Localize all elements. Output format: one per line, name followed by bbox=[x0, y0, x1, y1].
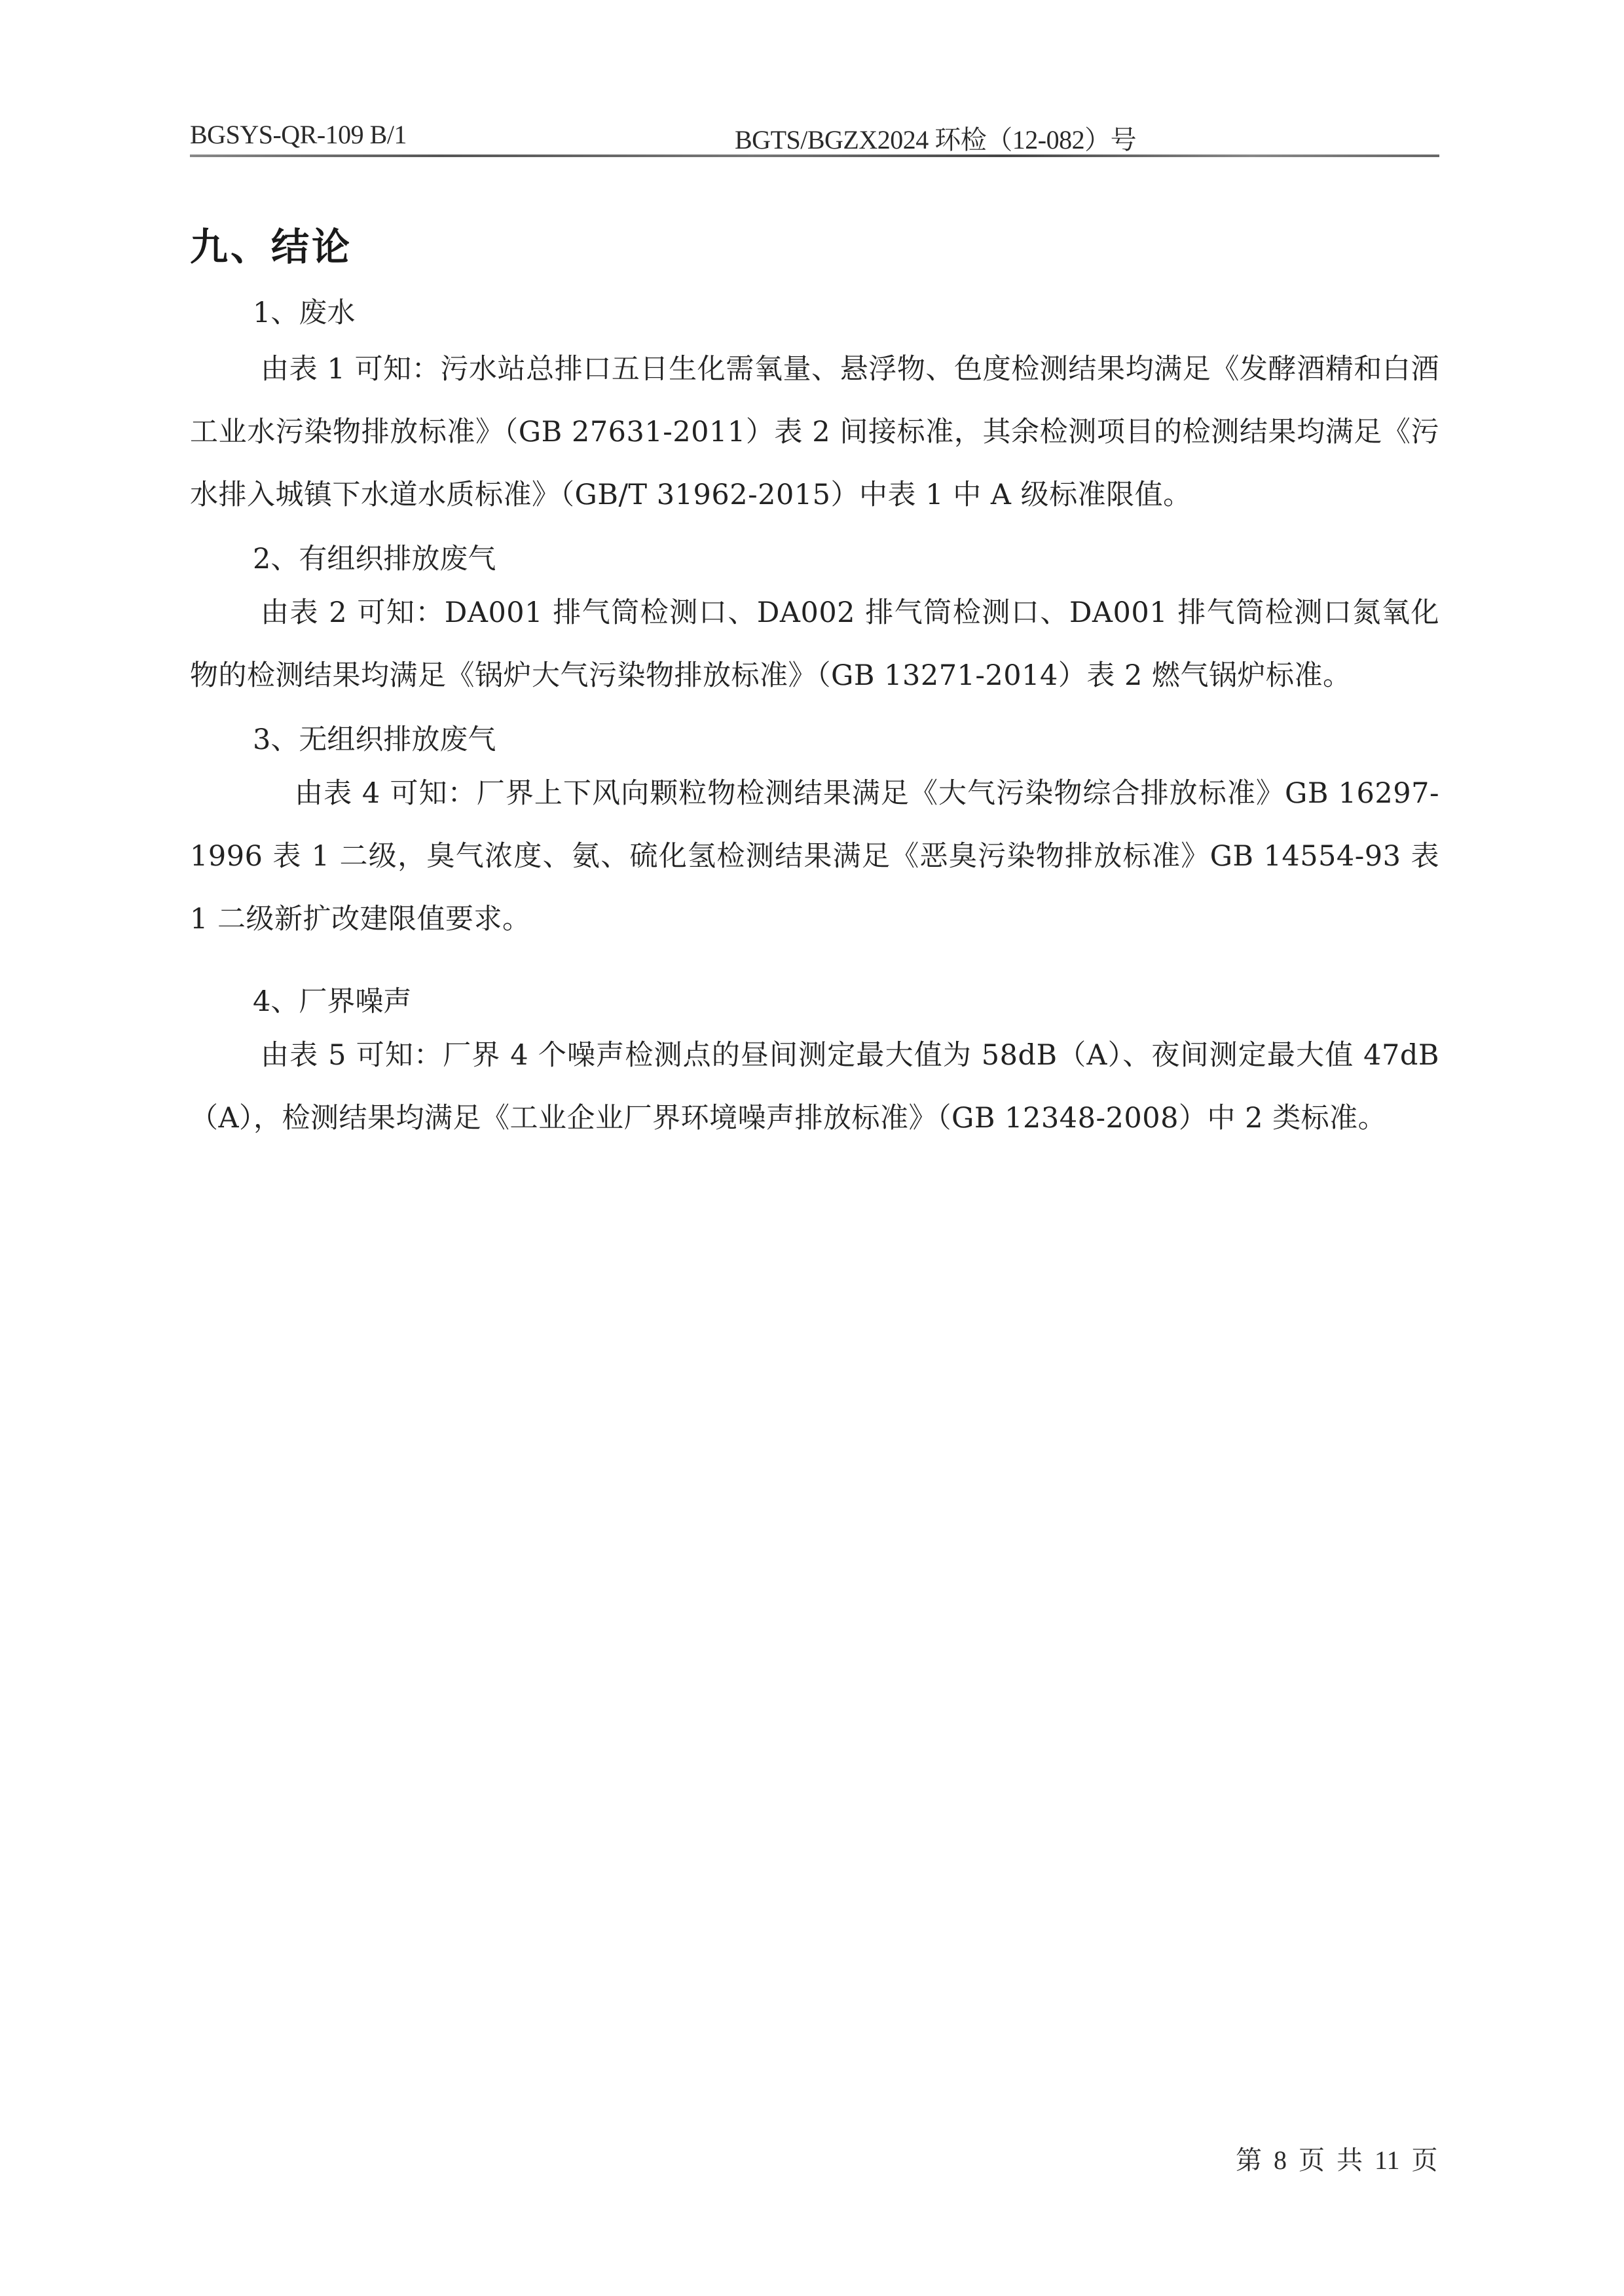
section-title: 九、结论 bbox=[190, 217, 1439, 276]
conclusion-section: 九、结论 1、废水 由表 1 可知：污水站总排口五日生化需氧量、悬浮物、色度检测… bbox=[190, 196, 1439, 1150]
form-code: BGSYS-QR-109 B/1 bbox=[190, 119, 407, 150]
paragraph-wastewater: 由表 1 可知：污水站总排口五日生化需氧量、悬浮物、色度检测结果均满足《发酵酒精… bbox=[190, 338, 1439, 526]
organized-emission-block: 2、有组织排放废气 由表 2 可知：DA001 排气筒检测口、DA002 排气筒… bbox=[190, 539, 1439, 707]
header-divider bbox=[190, 155, 1439, 157]
subheading-boundary-noise: 4、厂界噪声 bbox=[190, 982, 1439, 1021]
boundary-noise-block: 4、厂界噪声 由表 5 可知：厂界 4 个噪声检测点的昼间测定最大值为 58dB… bbox=[190, 982, 1439, 1150]
fugitive-emission-block: 3、无组织排放废气 由表 4 可知：厂界上下风向颗粒物检测结果满足《大气污染物综… bbox=[190, 720, 1439, 951]
subheading-fugitive-emission: 3、无组织排放废气 bbox=[190, 720, 1439, 759]
paragraph-organized-emission: 由表 2 可知：DA001 排气筒检测口、DA002 排气筒检测口、DA001 … bbox=[190, 581, 1439, 707]
wastewater-block: 1、废水 由表 1 可知：污水站总排口五日生化需氧量、悬浮物、色度检测结果均满足… bbox=[190, 293, 1439, 526]
subheading-wastewater: 1、废水 bbox=[190, 293, 1439, 333]
report-number: BGTS/BGZX2024 环检（12-082）号 bbox=[735, 119, 1136, 156]
page-header: BGSYS-QR-109 B/1 BGTS/BGZX2024 环检（12-082… bbox=[190, 117, 1434, 156]
page-number: 第 8 页 共 11 页 bbox=[1236, 2140, 1438, 2177]
paragraph-boundary-noise: 由表 5 可知：厂界 4 个噪声检测点的昼间测定最大值为 58dB（A）、夜间测… bbox=[190, 1024, 1439, 1150]
subheading-organized-emission: 2、有组织排放废气 bbox=[190, 539, 1439, 579]
paragraph-fugitive-emission: 由表 4 可知：厂界上下风向颗粒物检测结果满足《大气污染物综合排放标准》GB 1… bbox=[190, 762, 1439, 951]
